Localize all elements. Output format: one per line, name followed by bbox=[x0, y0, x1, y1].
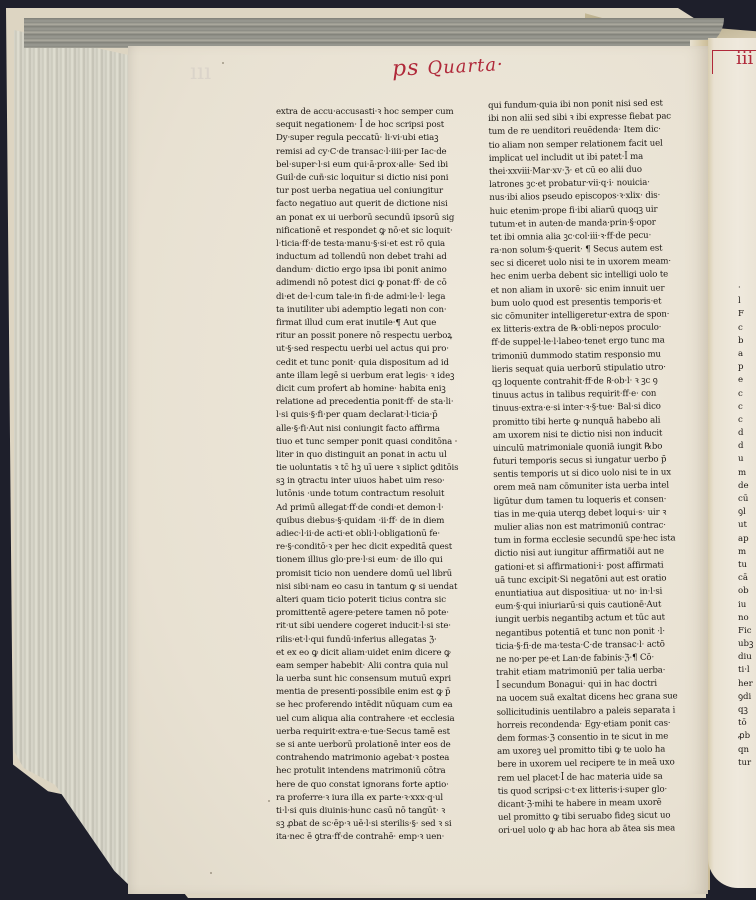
text-line: ut bbox=[738, 519, 756, 532]
text-line: mentia de presenti·possibile enim est ꝙ … bbox=[276, 686, 462, 699]
text-line: a bbox=[738, 348, 756, 361]
text-line: tur bbox=[738, 757, 756, 770]
text-line: l·si quis·§·fi·per quam declarat·l·ticia… bbox=[276, 409, 462, 422]
text-line: F bbox=[738, 308, 756, 321]
text-line: ita·nec ē ꝯtra·ff·de contrahē· emp·ꝛ uen… bbox=[276, 831, 462, 844]
text-line: p bbox=[738, 361, 756, 374]
text-line: la uerba sunt hic consensum mutuū expri bbox=[276, 673, 462, 686]
text-line: promisit ticio non uendere domū uel libr… bbox=[276, 568, 462, 581]
text-line: ꝓb bbox=[738, 730, 756, 743]
text-line: tu bbox=[738, 559, 756, 572]
text-line: e bbox=[738, 374, 756, 387]
text-line: facto negatiuo aut querit de dictione ni… bbox=[276, 198, 462, 211]
text-line: adimendi nō potest dici ꝙ ponat·ff· de c… bbox=[276, 277, 462, 290]
text-line: tio aliam non semper relationem facit ue… bbox=[489, 137, 681, 153]
text-line: firmat illud cum erat inutile·¶ Aut que bbox=[276, 317, 462, 330]
text-line: c bbox=[738, 401, 756, 414]
text-line: re·§·conditō·ꝛ per hec dicit expeditā qu… bbox=[276, 541, 462, 554]
text-line: m bbox=[738, 467, 756, 480]
text-line: sꝫ ꝓbat de sc·ēp·ꝛ uē·l·si sterilis·§· s… bbox=[276, 818, 462, 831]
text-line: c bbox=[738, 388, 756, 401]
text-line: ante illam legē si uerbum erat legis· ꝛ … bbox=[276, 370, 462, 383]
text-line: m bbox=[738, 546, 756, 559]
text-column-left: extra de accu·accusasti·ꝛ hoc semper cum… bbox=[276, 106, 462, 845]
text-line: de bbox=[738, 480, 756, 493]
text-line: tō bbox=[738, 717, 756, 730]
text-line: sꝫ in ꝯtractu inter uiuos habet uim reso… bbox=[276, 475, 462, 488]
text-line: promittentē agere·petere tamen nō pote· bbox=[276, 607, 462, 620]
paper-speck bbox=[222, 62, 224, 64]
text-line: se si ante uerborū prolationē inter eos … bbox=[276, 739, 462, 752]
text-line: uerba requirit·extra·e·tue·Secus tamē es… bbox=[276, 726, 462, 739]
book-photograph: iii ·lFcbapecccddumdecūꝯlutapmtucāobiuno… bbox=[0, 0, 756, 900]
text-line: cedit et tunc ponit· quia dispositum ad … bbox=[276, 357, 462, 370]
text-line: tutum·et in auten·de manda·prin·§·opor bbox=[490, 216, 682, 232]
text-line: inductum ad tollendū non debet trahi ad bbox=[276, 251, 462, 264]
running-head-title: Quarta· bbox=[427, 54, 504, 79]
text-line: cū bbox=[738, 493, 756, 506]
text-line: l·ticia·ff·de testa·manu·§·si·et est rō … bbox=[276, 238, 462, 251]
text-line: quibus diebus·§·quidam ·ii·ff· de in die… bbox=[276, 515, 462, 528]
text-line: se hec proferendo intēdit nūquam cum ea bbox=[276, 699, 462, 712]
text-line: an ponat ex ui uerborū secundū ipsorū si… bbox=[276, 212, 462, 225]
show-through-folio: ııı bbox=[190, 60, 211, 85]
text-line: nisi sibi·nam eo casu in tantum ꝙ si uen… bbox=[276, 581, 462, 594]
text-line: hec protulit intendens matrimoniū cōtra bbox=[276, 765, 462, 778]
text-line: nificationē et respondet ꝙ nō·et sic loq… bbox=[276, 225, 462, 238]
text-line: d bbox=[738, 440, 756, 453]
paper-speck bbox=[610, 760, 612, 762]
text-line: di·et de·l·cum tale·in fi·de admi·le·l· … bbox=[276, 291, 462, 304]
text-line: tionem illius glo·pre·l·si eum· de illo … bbox=[276, 554, 462, 567]
page-block-top-edge bbox=[24, 18, 724, 48]
text-line: ob bbox=[738, 585, 756, 598]
text-line: contrahendo matrimonio agebat·ꝛ postea bbox=[276, 752, 462, 765]
text-line: u bbox=[738, 453, 756, 466]
text-line: Guil·de cuñ·sic loquitur si dictio nisi … bbox=[276, 172, 462, 185]
facing-page-text-column: ·lFcbapecccddumdecūꝯlutapmtucāobiunoFicu… bbox=[738, 282, 756, 770]
text-line: ra proferre·ꝛ iura illa ex parte·ꝛ·xxx·q… bbox=[276, 792, 462, 805]
text-line: Dy·super regula peccatū· li·vi·ubi etiaꝫ bbox=[276, 132, 462, 145]
text-line: uel cum aliqua alia contrahere ·et eccle… bbox=[276, 713, 462, 726]
paper-speck bbox=[210, 872, 212, 874]
text-line: ori·uel uolo ꝙ ab hac hora ab ātea sis m… bbox=[498, 823, 690, 839]
text-line: b bbox=[738, 335, 756, 348]
text-line: Fic bbox=[738, 625, 756, 638]
text-line: qꝫ bbox=[738, 704, 756, 717]
text-line: qn bbox=[738, 744, 756, 757]
text-line: iu bbox=[738, 599, 756, 612]
text-line: ti·l bbox=[738, 664, 756, 677]
text-line: ti·l·si quis diuinis·hunc casū nō tangūt… bbox=[276, 805, 462, 818]
page-block-fore-edge bbox=[14, 30, 132, 888]
text-line: rit·ut sibi uendere cogeret inducit·l·si… bbox=[276, 620, 462, 633]
running-head-prefix: ps bbox=[391, 56, 420, 82]
text-line: ta inutiliter ubi ademptio legati non co… bbox=[276, 304, 462, 317]
text-line: d bbox=[738, 427, 756, 440]
text-line: ticia·§·fi·de ma·testa·C·de transac·l· a… bbox=[496, 638, 688, 654]
text-line: et ex eo ꝙ dicit aliam·uidet enim dicere… bbox=[276, 647, 462, 660]
text-line: relatione ad precedentia ponit·ff· de st… bbox=[276, 396, 462, 409]
text-line: liter in quo distinguit an ponat in actu… bbox=[276, 449, 462, 462]
text-line: no bbox=[738, 612, 756, 625]
text-line: Ad primū allegat·ff·de condi·et demon·l· bbox=[276, 502, 462, 515]
text-line: ap bbox=[738, 533, 756, 546]
text-line: alle·§·fi·Aut nisi coniungit facto affir… bbox=[276, 423, 462, 436]
text-line: ꝯl bbox=[738, 506, 756, 519]
text-line: ꝯdi bbox=[738, 691, 756, 704]
text-line: dicit cum profert ab homine· habita eniꝫ bbox=[276, 383, 462, 396]
text-line: remisi ad cy·C·de transac·l·iiii·per Iac… bbox=[276, 146, 462, 159]
text-line: · bbox=[738, 282, 756, 295]
text-line: rilis·et·l·qui fundū·inferius allegatas … bbox=[276, 634, 462, 647]
text-line: her bbox=[738, 678, 756, 691]
paper-speck bbox=[268, 800, 270, 802]
text-line: ubꝫ bbox=[738, 638, 756, 651]
text-line: dandum· dictio ergo ipsa ibi ponit animo bbox=[276, 264, 462, 277]
text-line: tiuo et tunc semper ponit quasi conditōn… bbox=[276, 436, 462, 449]
text-line: alteri quam ticio poterit ticius contra … bbox=[276, 594, 462, 607]
text-line: lutōnis ·unde totum contractum resoluit bbox=[276, 488, 462, 501]
rubric-rule-vertical bbox=[712, 50, 713, 74]
text-line: diu bbox=[738, 651, 756, 664]
text-line: tur post uerba negatiua uel coniungitur bbox=[276, 185, 462, 198]
text-line: ritur an possit ponere nō respectu uerbo… bbox=[276, 330, 462, 343]
text-line: tie uoluntatis ꝛ tc̄ hꝫ uī uere ꝛ siplic… bbox=[276, 462, 462, 475]
text-line: here de quo constat ignorans forte aptio… bbox=[276, 779, 462, 792]
text-line: adiec·l·ii·de acti·et obli·l·obligationū… bbox=[276, 528, 462, 541]
facing-page-running-head: iii bbox=[736, 48, 753, 69]
text-line: c bbox=[738, 322, 756, 335]
text-line: c bbox=[738, 414, 756, 427]
text-line: cā bbox=[738, 572, 756, 585]
text-line: ut·§·sed respectu uerbi uel actus qui pr… bbox=[276, 343, 462, 356]
text-line: sequit negationem· ꟾ de hoc scripsi post bbox=[276, 119, 462, 132]
text-line: eam semper habebit· Alii contra quia nul bbox=[276, 660, 462, 673]
text-column-right: qui fundum·quia ibi non ponit nisi sed e… bbox=[488, 97, 690, 838]
text-line: bel·super·l·si eum qui·ā·prox·alle· Sed … bbox=[276, 159, 462, 172]
paper-speck bbox=[455, 440, 457, 442]
text-line: l bbox=[738, 295, 756, 308]
text-line: extra de accu·accusasti·ꝛ hoc semper cum bbox=[276, 106, 462, 119]
